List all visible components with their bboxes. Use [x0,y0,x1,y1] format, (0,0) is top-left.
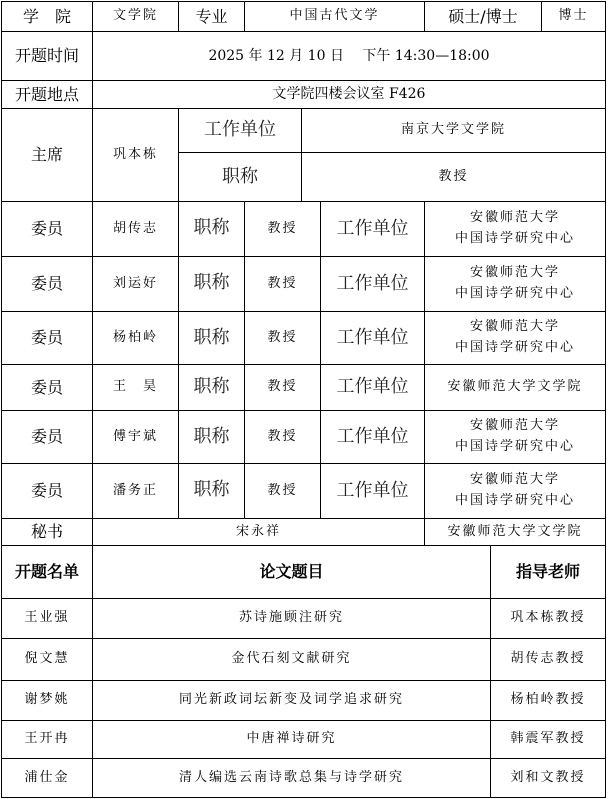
member-unit-value: 安徽师范大学 中国诗学研究中心 [424,201,606,257]
unit-line-1: 安徽师范大学 [470,263,560,284]
member-unit-value: 安徽师范大学 中国诗学研究中心 [424,256,606,312]
unit-line-2: 中国诗学研究中心 [455,491,575,512]
member-unit-label: 工作单位 [320,410,425,464]
member-unit-value: 安徽师范大学 中国诗学研究中心 [424,410,606,464]
member-title-value: 教授 [244,463,321,519]
member-unit-label: 工作单位 [320,201,425,257]
degree-label: 硕士/博士 [424,1,542,32]
list-header-title: 论文题目 [92,545,491,599]
member-role: 委员 [1,463,93,519]
secretary-name: 宋永祥 [92,518,425,546]
member-title-label: 职称 [178,463,245,519]
college-label: 学 院 [1,1,93,32]
member-title-label: 职称 [178,410,245,464]
place-label: 开题地点 [1,80,93,109]
chair-title-label: 职称 [178,152,302,202]
chair-title-value: 教授 [301,152,606,202]
time-value: 2025 年 12 月 10 日 下午 14:30—18:00 [92,31,606,81]
member-title-label: 职称 [178,311,245,365]
thesis-title: 同光新政词坛新变及词学追求研究 [92,680,491,721]
member-title-label: 职称 [178,364,245,411]
thesis-title: 金代石刻文献研究 [92,638,491,681]
member-title-value: 教授 [244,311,321,365]
member-title-label: 职称 [178,201,245,257]
unit-line-2: 中国诗学研究中心 [455,229,575,250]
member-name: 杨柏岭 [92,311,179,365]
degree-value: 博士 [541,1,606,32]
member-name: 潘务正 [92,463,179,519]
major-value: 中国古代文学 [244,1,425,32]
unit-line-1: 安徽师范大学 [470,208,560,229]
member-unit-value: 安徽师范大学 中国诗学研究中心 [424,463,606,519]
member-role: 委员 [1,364,93,411]
unit-line-2: 中国诗学研究中心 [455,284,575,305]
member-title-label: 职称 [178,256,245,312]
unit-line-1: 安徽师范大学 [470,317,560,338]
chair-name: 巩本栋 [92,108,179,202]
member-unit-label: 工作单位 [320,256,425,312]
unit-line-1: 安徽师范大学 [470,416,560,437]
time-label: 开题时间 [1,31,93,81]
college-value: 文学院 [92,1,179,32]
secretary-role: 秘书 [1,518,93,546]
member-unit-value: 安徽师范大学 中国诗学研究中心 [424,311,606,365]
student-name: 王开冉 [1,720,93,759]
list-header-student: 开题名单 [1,545,93,599]
member-unit-label: 工作单位 [320,463,425,519]
advisor-name: 胡传志教授 [490,638,606,681]
chair-role: 主席 [1,108,93,202]
member-name: 刘运好 [92,256,179,312]
member-unit-label: 工作单位 [320,364,425,411]
list-header-advisor: 指导老师 [490,545,606,599]
advisor-name: 杨柏岭教授 [490,680,606,721]
unit-line-2: 中国诗学研究中心 [455,338,575,359]
unit-line-2: 中国诗学研究中心 [455,437,575,458]
major-label: 专业 [178,1,245,32]
thesis-title: 中唐禅诗研究 [92,720,491,759]
student-name: 浦仕金 [1,758,93,798]
advisor-name: 巩本栋教授 [490,598,606,639]
member-name: 王 昊 [92,364,179,411]
thesis-title: 清人编选云南诗歌总集与诗学研究 [92,758,491,798]
member-title-value: 教授 [244,364,321,411]
member-name: 傅宇斌 [92,410,179,464]
chair-unit-label: 工作单位 [178,108,302,153]
student-name: 倪文慧 [1,638,93,681]
member-unit-label: 工作单位 [320,311,425,365]
place-value: 文学院四楼会议室 F426 [92,80,606,109]
member-role: 委员 [1,201,93,257]
member-title-value: 教授 [244,410,321,464]
member-role: 委员 [1,410,93,464]
member-unit-value: 安徽师范大学文学院 [424,364,606,411]
member-title-value: 教授 [244,256,321,312]
secretary-unit: 安徽师范大学文学院 [424,518,606,546]
student-name: 谢梦姚 [1,680,93,721]
member-name: 胡传志 [92,201,179,257]
member-role: 委员 [1,256,93,312]
advisor-name: 韩震军教授 [490,720,606,759]
chair-unit-value: 南京大学文学院 [301,108,606,153]
unit-line-1: 安徽师范大学 [470,470,560,491]
member-title-value: 教授 [244,201,321,257]
advisor-name: 刘和文教授 [490,758,606,798]
thesis-title: 苏诗施顾注研究 [92,598,491,639]
student-name: 王业强 [1,598,93,639]
member-role: 委员 [1,311,93,365]
